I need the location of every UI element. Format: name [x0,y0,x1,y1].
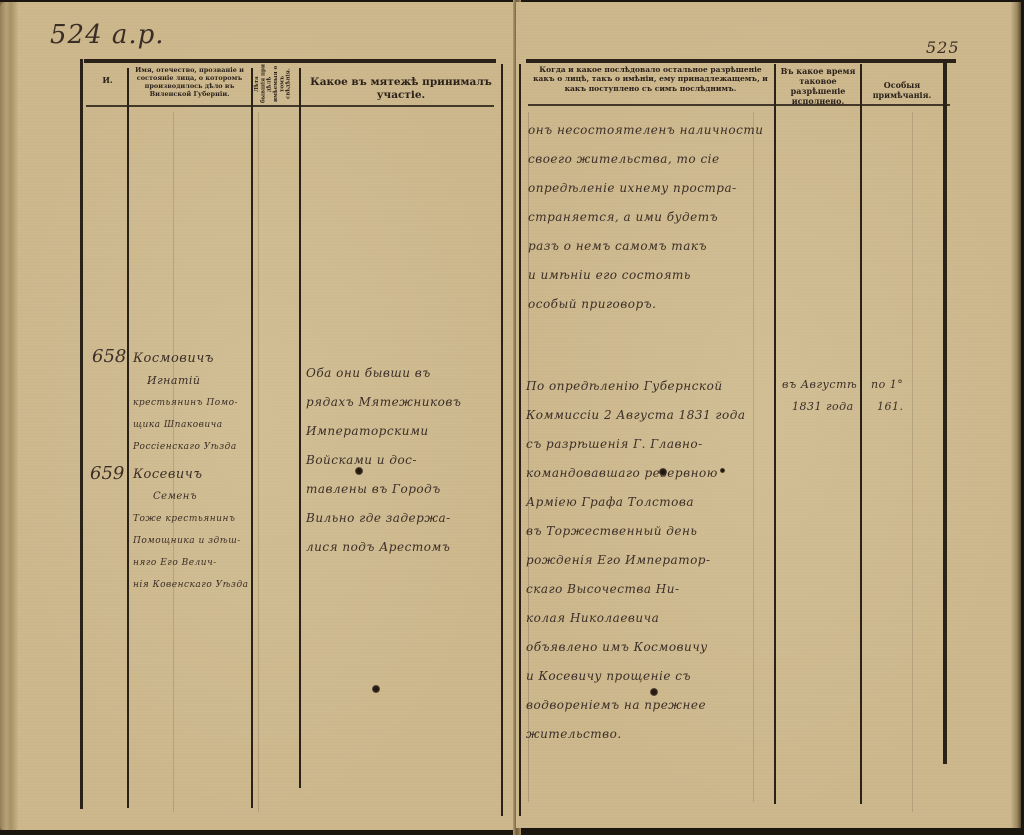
entry-number-658: 658 [92,346,126,367]
column-divider-resolution [774,64,776,804]
faint-ruling [258,112,259,812]
column-divider-inner-left [519,64,521,816]
header-top-rule [526,59,956,63]
outer-border-right [943,59,947,764]
column-divider-1 [127,68,129,808]
binding-hole [372,685,380,693]
page-number-right: 525 [926,38,960,57]
outer-border-right [501,64,503,816]
header-bottom-rule [86,105,494,107]
column-header-executed: Въ какое время таковое разрѣшеніе исполн… [777,66,859,106]
page-edge-right [1011,2,1021,828]
column-header-resolution: Когда и какое послѣдовало остальное разр… [528,65,773,93]
faint-ruling [173,112,174,812]
participation-text: Оба они бывши въ рядахъ Мятежниковъ Импе… [306,359,461,562]
page-number-left: 524 а.р. [50,20,165,50]
entry-658-name: Космовичъ Игнатій крестьянинъ Помо- щика… [133,348,238,458]
header-bottom-rule [528,104,950,106]
column-header-years: Лѣта бывшія при дѣлѣ имѣемыя о томъ свѣд… [254,64,298,104]
column-divider-executed [860,64,862,804]
right-page: 525 Когда и какое послѣдовало остальное … [516,2,1021,828]
binding-hole [650,688,658,696]
left-page: 524 а.р. И. Имя, отечество, прозваніе и … [0,2,516,830]
binding-hole [659,468,667,476]
column-divider-3 [299,68,301,788]
column-divider-2 [251,68,253,808]
column-header-number: И. [90,75,125,85]
resolution-text: По опредѣленію Губернской Коммиссіи 2 Ав… [526,372,745,749]
outer-border-left [80,59,83,809]
continuation-text: онъ несостоятеленъ наличности своего жит… [528,116,763,319]
notes-text: по 1° 161. [871,374,904,418]
executed-date: въ Августѣ 1831 года [782,374,857,418]
column-header-participation: Какое въ мятежѣ принималъ участіе. [302,76,500,102]
column-header-name: Имя, отечество, прозваніе и состояніе ли… [129,66,250,99]
column-header-notes: Особыя примѣчанія. [863,80,941,100]
faint-ruling [912,112,913,812]
binding-hole [720,468,725,473]
entry-659-name: Косевичъ Семенъ Тоже крестьянинъ Помощни… [133,464,249,596]
entry-number-659: 659 [90,463,124,484]
header-top-rule [84,59,496,63]
binding-hole [355,467,363,475]
page-edge-left [0,2,18,830]
